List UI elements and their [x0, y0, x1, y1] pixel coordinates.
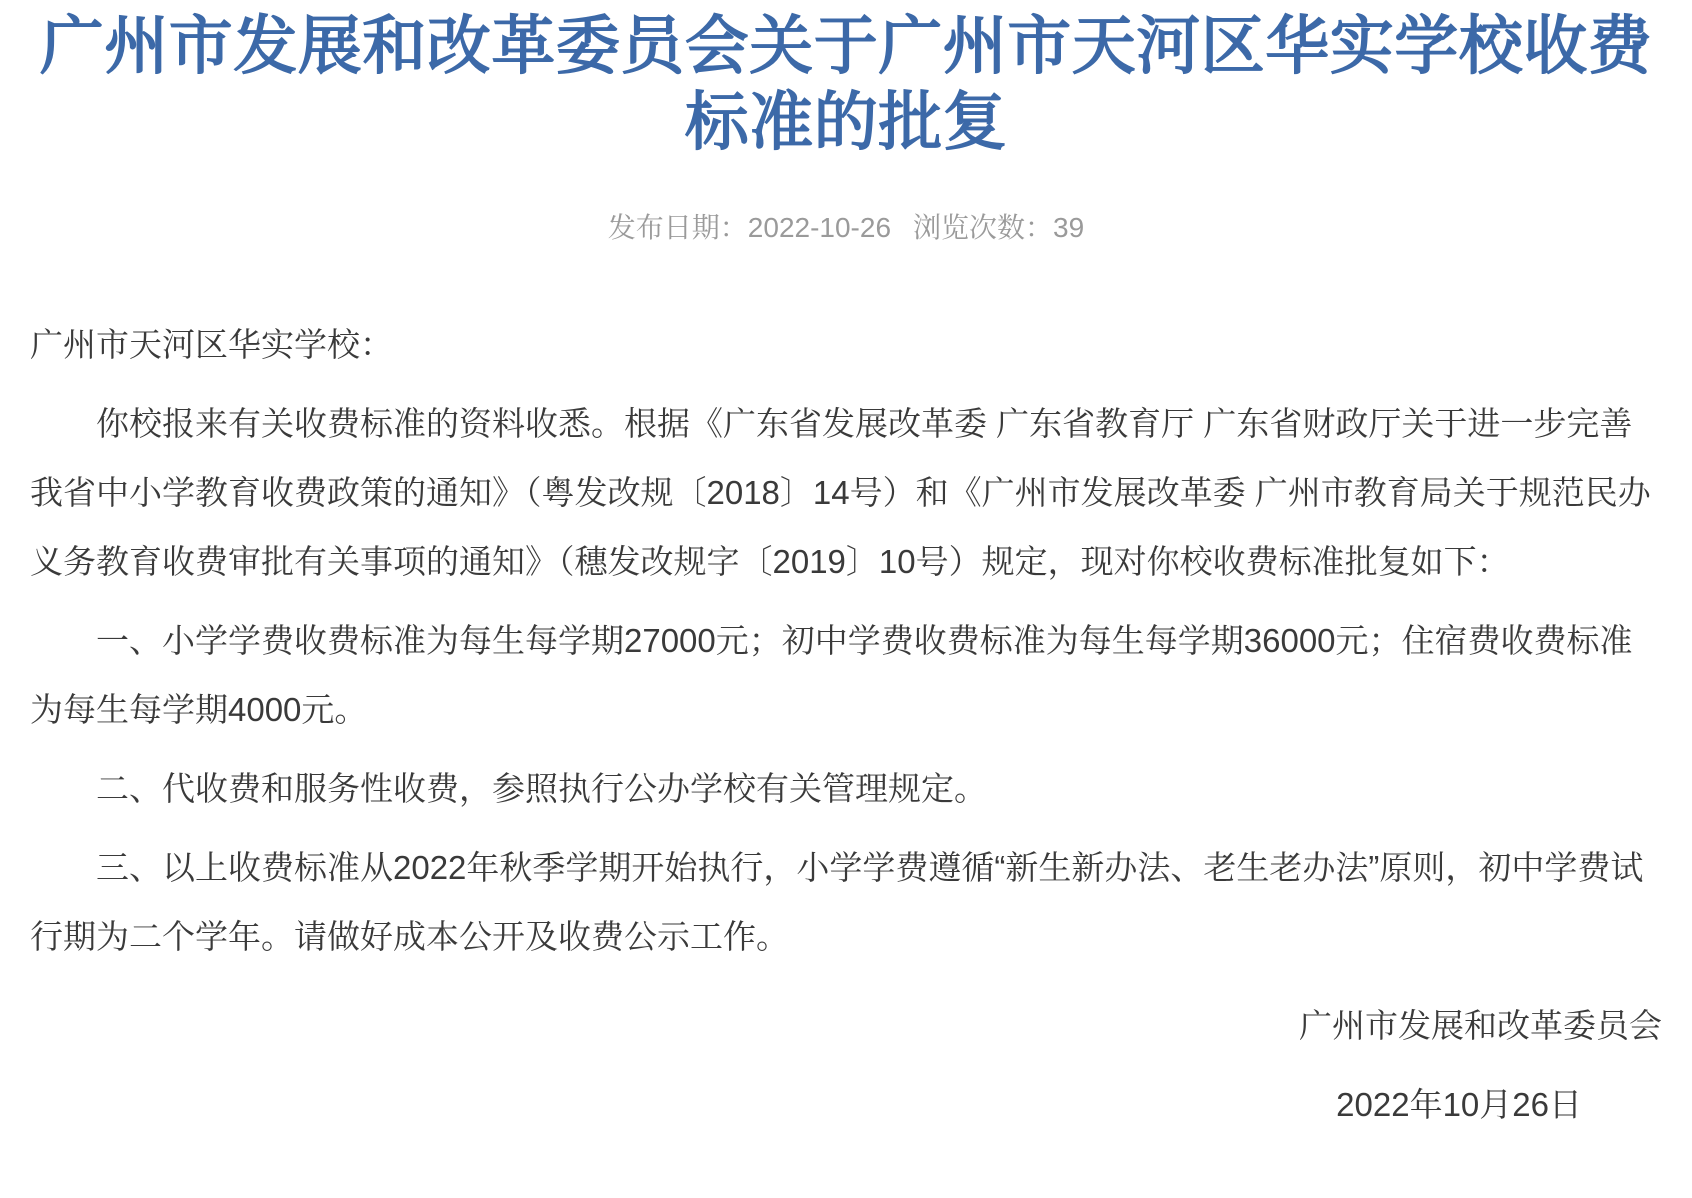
paragraph-intro: 你校报来有关收费标准的资料收悉。根据《广东省发展改革委 广东省教育厅 广东省财政… [30, 389, 1662, 596]
publish-date-value: 2022-10-26 [748, 212, 891, 243]
publish-date-label: 发布日期： [608, 212, 748, 243]
views-value: 39 [1053, 212, 1084, 243]
addressee-line: 广州市天河区华实学校： [30, 310, 1662, 379]
document-meta: 发布日期：2022-10-26浏览次数：39 [30, 208, 1662, 248]
document-page: 广州市发展和改革委员会关于广州市天河区华实学校收费标准的批复 发布日期：2022… [0, 0, 1692, 1139]
paragraph-item-1-tuition: 一、小学学费收费标准为每生每学期27000元；初中学费收费标准为每生每学期360… [30, 606, 1662, 744]
paragraph-item-3-effective-term: 三、以上收费标准从2022年秋季学期开始执行，小学学费遵循“新生新办法、老生老办… [30, 833, 1662, 971]
document-title: 广州市发展和改革委员会关于广州市天河区华实学校收费标准的批复 [30, 8, 1662, 160]
document-body: 广州市天河区华实学校： 你校报来有关收费标准的资料收悉。根据《广东省发展改革委 … [30, 310, 1662, 1139]
views-label: 浏览次数： [913, 212, 1053, 243]
paragraph-item-2-service-fees: 二、代收费和服务性收费，参照执行公办学校有关管理规定。 [30, 754, 1662, 823]
issuer-signature: 广州市发展和改革委员会 [30, 991, 1662, 1060]
issue-date: 2022年10月26日 [30, 1070, 1662, 1139]
